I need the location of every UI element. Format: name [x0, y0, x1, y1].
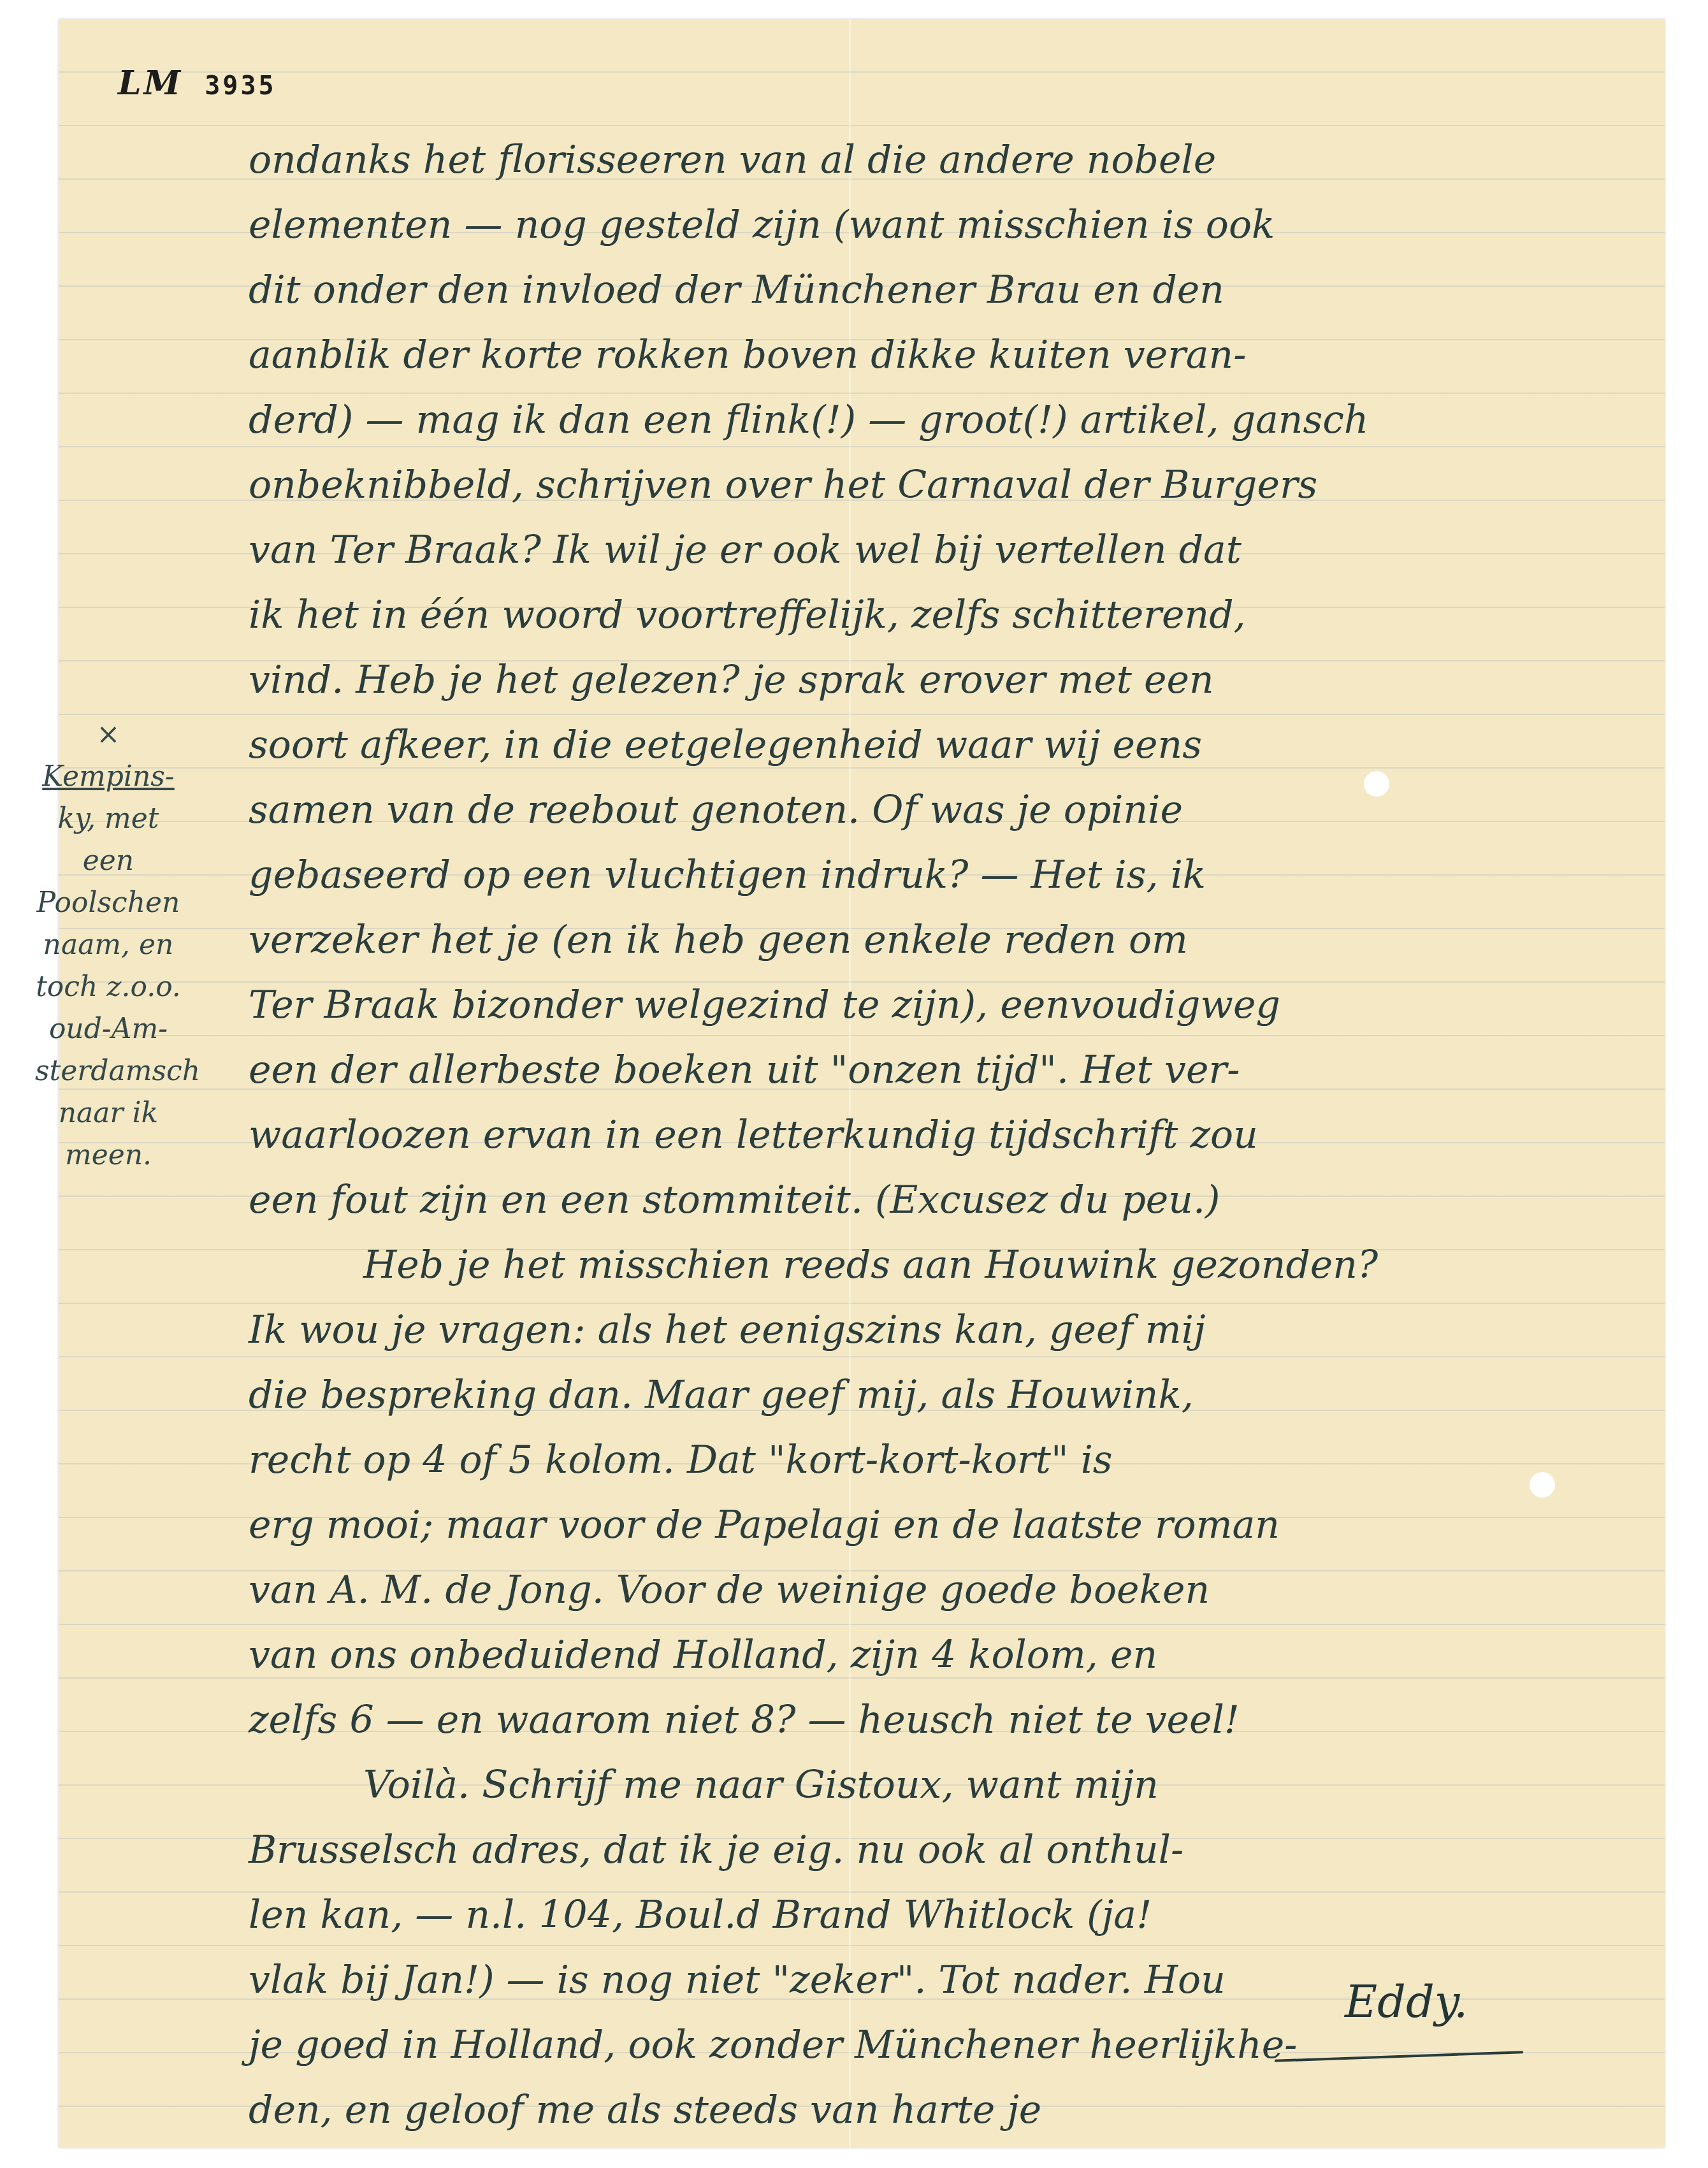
footnote-marker: ×	[35, 714, 182, 756]
letter-line: den, en geloof me als steeds van harte j…	[249, 2078, 1593, 2143]
letter-line: Voilà. Schrijf me naar Gistoux, want mij…	[249, 1752, 1593, 1818]
margin-line: een Poolschen	[35, 840, 182, 924]
letter-line: Brusselsch adres, dat ik je eig. nu ook …	[249, 1818, 1593, 1883]
letter-line: van A. M. de Jong. Voor de weinige goede…	[249, 1557, 1593, 1622]
letter-line: recht op 4 of 5 kolom. Dat "kort-kort-ko…	[249, 1427, 1593, 1492]
margin-line: ky, met	[35, 798, 182, 840]
margin-line: Kempins-	[35, 756, 182, 798]
signature: Eddy.	[1345, 1976, 1468, 2028]
letter-line: soort afkeer, in die eetgelegenheid waar…	[249, 712, 1593, 777]
archive-stamp: LM 3935	[118, 64, 277, 103]
margin-line: naam, en	[35, 924, 182, 966]
letter-line: van Ter Braak? Ik wil je er ook wel bij …	[249, 517, 1593, 582]
archive-monogram: LM	[118, 64, 183, 103]
letter-line: die bespreking dan. Maar geef mij, als H…	[249, 1362, 1593, 1427]
margin-note: × Kempins- ky, met een Poolschen naam, e…	[35, 714, 182, 1176]
letter-line: Ik wou je vragen: als het eenigszins kan…	[249, 1297, 1593, 1362]
letter-line: Heb je het misschien reeds aan Houwink g…	[249, 1232, 1593, 1297]
letter-line: ik het in één woord voortreffelijk, zelf…	[249, 582, 1593, 647]
letter-line: waarloozen ervan in een letterkundig tij…	[249, 1102, 1593, 1167]
letter-line: een der allerbeste boeken uit "onzen tij…	[249, 1037, 1593, 1102]
letter-line: van ons onbeduidend Holland, zijn 4 kolo…	[249, 1622, 1593, 1687]
archive-number: 3935	[205, 71, 276, 101]
letter-line: Ter Braak bizonder welgezind te zijn), e…	[249, 972, 1593, 1037]
letter-line: len kan, — n.l. 104, Boul.d Brand Whitlo…	[249, 1883, 1593, 1948]
letter-line: verzeker het je (en ik heb geen enkele r…	[249, 907, 1593, 972]
letter-line: dit onder den invloed der Münchener Brau…	[249, 257, 1593, 322]
margin-line: naar ik	[35, 1092, 182, 1134]
margin-line: oud-Am-	[35, 1008, 182, 1050]
letter-line: derd) — mag ik dan een flink(!) — groot(…	[249, 387, 1593, 452]
letter-line: vind. Heb je het gelezen? je sprak erove…	[249, 647, 1593, 712]
letter-line: onbeknibbeld, schrijven over het Carnava…	[249, 452, 1593, 517]
margin-line: sterdamsch	[35, 1050, 182, 1092]
margin-line: toch z.o.o.	[35, 966, 182, 1008]
letter-line: samen van de reebout genoten. Of was je …	[249, 777, 1593, 842]
margin-line: meen.	[35, 1134, 182, 1176]
letter-line: aanblik der korte rokken boven dikke kui…	[249, 322, 1593, 387]
letter-line: gebaseerd op een vluchtigen indruk? — He…	[249, 842, 1593, 907]
letter-body: ondanks het florisseeren van al die ande…	[249, 127, 1593, 2143]
letter-line: een fout zijn en een stommiteit. (Excuse…	[249, 1167, 1593, 1232]
letter-line: ondanks het florisseeren van al die ande…	[249, 127, 1593, 192]
letter-line: elementen — nog gesteld zijn (want missc…	[249, 192, 1593, 257]
letter-line: erg mooi; maar voor de Papelagi en de la…	[249, 1492, 1593, 1557]
letter-line: zelfs 6 — en waarom niet 8? — heusch nie…	[249, 1687, 1593, 1752]
